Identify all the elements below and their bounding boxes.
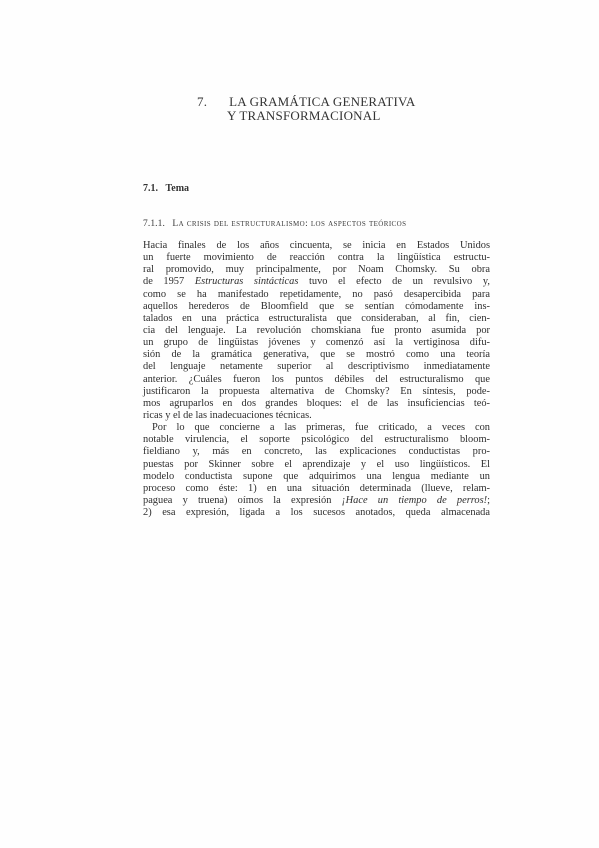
body-text-run: paguea y truena) oímos la expresión: [143, 495, 342, 506]
body-text-run: ;: [487, 495, 490, 506]
chapter-number: 7.: [197, 94, 207, 109]
body-line: sión de la gramática generativa, que se …: [143, 349, 490, 361]
body-line: Por lo que concierne a las primeras, fue…: [143, 422, 490, 434]
section-title: Tema: [166, 183, 190, 194]
body-line: cia del lenguaje. La revolución chomskia…: [143, 325, 490, 337]
book-title-italic: Estructuras sintácticas: [195, 276, 299, 287]
body-line: paguea y truena) oímos la expresión ¡Hac…: [143, 495, 490, 507]
body-line: fieldiano y, más en concreto, las explic…: [143, 446, 490, 458]
subsection-number: 7.1.1.: [143, 219, 165, 229]
body-line: un fuerte movimiento de reacción contra …: [143, 252, 490, 264]
body-line: puestas por Skinner sobre el aprendizaje…: [143, 459, 490, 471]
body-line: como se ha manifestado repetidamente, no…: [143, 289, 490, 301]
body-line: mos agruparlos en dos grandes bloques: e…: [143, 398, 490, 410]
quoted-expression-italic: ¡Hace un tiempo de perros!: [342, 495, 488, 506]
body-line: justificaron la propuesta alternativa de…: [143, 386, 490, 398]
body-line: modelo conductista supone que adquirimos…: [143, 471, 490, 483]
body-line: de 1957 Estructuras sintácticas tuvo el …: [143, 276, 490, 288]
section-number: 7.1.: [143, 183, 158, 194]
body-line: un grupo de lingüistas jóvenes y comenzó…: [143, 337, 490, 349]
body-text: Hacia finales de los años cincuenta, se …: [143, 240, 490, 519]
body-line: talados en una práctica estructuralista …: [143, 313, 490, 325]
body-line: aquellos herederos de Bloomfield que se …: [143, 301, 490, 313]
body-line: Hacia finales de los años cincuenta, se …: [143, 240, 490, 252]
body-line: proceso como éste: 1) en una situación d…: [143, 483, 490, 495]
chapter-title-line-1: 7.LA GRAMÁTICA GENERATIVA: [150, 95, 450, 109]
subsection-heading: 7.1.1. La crisis del estructuralismo: lo…: [143, 219, 406, 229]
chapter-title-line-2: Y TRANSFORMACIONAL: [150, 109, 450, 123]
subsection-title: La crisis del estructuralismo: los aspec…: [172, 219, 406, 229]
body-line: 2) esa expresión, ligada a los sucesos a…: [143, 507, 490, 519]
body-line: ral promovido, muy principalmente, por N…: [143, 264, 490, 276]
body-line: del lenguaje netamente superior al descr…: [143, 361, 490, 373]
body-line: anterior. ¿Cuáles fueron los puntos débi…: [143, 374, 490, 386]
chapter-title-text-1: LA GRAMÁTICA GENERATIVA: [229, 94, 415, 109]
body-line: ricas y el de las inadecuaciones técnica…: [143, 410, 490, 422]
chapter-title: 7.LA GRAMÁTICA GENERATIVA Y TRANSFORMACI…: [150, 95, 450, 123]
section-heading: 7.1. Tema: [143, 183, 189, 194]
body-text-run: de 1957: [143, 276, 195, 287]
document-page: 7.LA GRAMÁTICA GENERATIVA Y TRANSFORMACI…: [0, 0, 599, 848]
body-text-run: tuvo el efecto de un revulsivo y,: [298, 276, 490, 287]
body-line: notable virulencia, el soporte psicológi…: [143, 434, 490, 446]
